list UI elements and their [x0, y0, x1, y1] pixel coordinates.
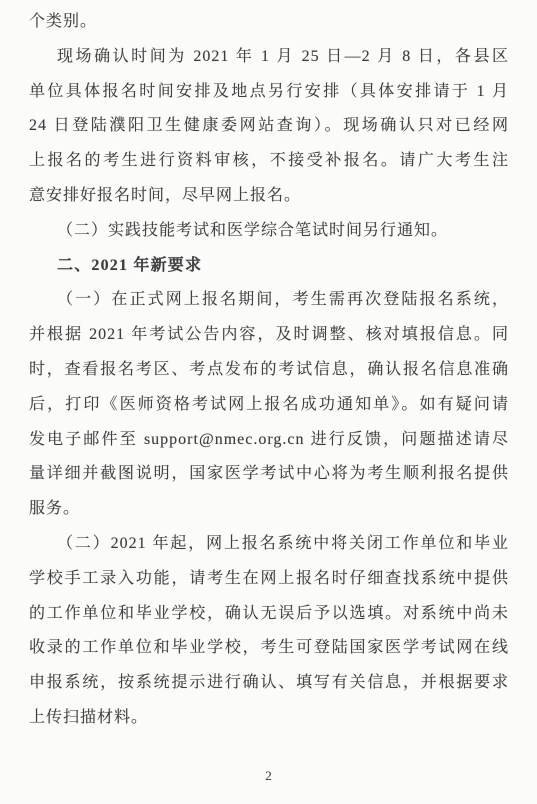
- paragraph-line: 单位具体报名时间安排及地点另行安排（具体安排请于 1 月: [29, 75, 509, 110]
- document-page: 个类别。 现场确认时间为 2021 年 1 月 25 日—2 月 8 日，各县区…: [0, 0, 537, 804]
- section-heading: 二、2021 年新要求: [29, 249, 509, 284]
- document-body: 个类别。 现场确认时间为 2021 年 1 月 25 日—2 月 8 日，各县区…: [29, 5, 509, 736]
- page-number: 2: [0, 768, 537, 784]
- paragraph-line: 个类别。: [29, 5, 509, 40]
- paragraph-line: 现场确认时间为 2021 年 1 月 25 日—2 月 8 日，各县区: [29, 40, 509, 75]
- paragraph-line: 量详细并截图说明，国家医学考试中心将为考生顺利报名提供: [29, 457, 509, 492]
- paragraph-line: 申报系统，按系统提示进行确认、填写有关信息，并根据要求: [29, 666, 509, 701]
- paragraph-line: 上传扫描材料。: [29, 701, 509, 736]
- paragraph-line: 后，打印《医师资格考试网上报名成功通知单》。如有疑问请: [29, 388, 509, 423]
- paragraph-line: 并根据 2021 年考试公告内容，及时调整、核对填报信息。同: [29, 318, 509, 353]
- paragraph-line: 意安排好报名时间，尽早网上报名。: [29, 179, 509, 214]
- paragraph-line: 收录的工作单位和毕业学校，考生可登陆国家医学考试网在线: [29, 631, 509, 666]
- paragraph-line: 发电子邮件至 support@nmec.org.cn 进行反馈，问题描述请尽: [29, 423, 509, 458]
- paragraph-line: 时，查看报名考区、考点发布的考试信息，确认报名信息准确: [29, 353, 509, 388]
- paragraph-line: （二）实践技能考试和医学综合笔试时间另行通知。: [29, 214, 509, 249]
- paragraph-line: 的工作单位和毕业学校，确认无误后予以选填。对系统中尚未: [29, 597, 509, 632]
- paragraph-line: （一）在正式网上报名期间，考生需再次登陆报名系统，: [29, 283, 509, 318]
- paragraph-line: 学校手工录入功能，请考生在网上报名时仔细查找系统中提供: [29, 562, 509, 597]
- paragraph-line: 服务。: [29, 492, 509, 527]
- paragraph-line: （二）2021 年起，网上报名系统中将关闭工作单位和毕业: [29, 527, 509, 562]
- paragraph-line: 24 日登陆濮阳卫生健康委网站查询）。现场确认只对已经网: [29, 109, 509, 144]
- paragraph-line: 上报名的考生进行资料审核，不接受补报名。请广大考生注: [29, 144, 509, 179]
